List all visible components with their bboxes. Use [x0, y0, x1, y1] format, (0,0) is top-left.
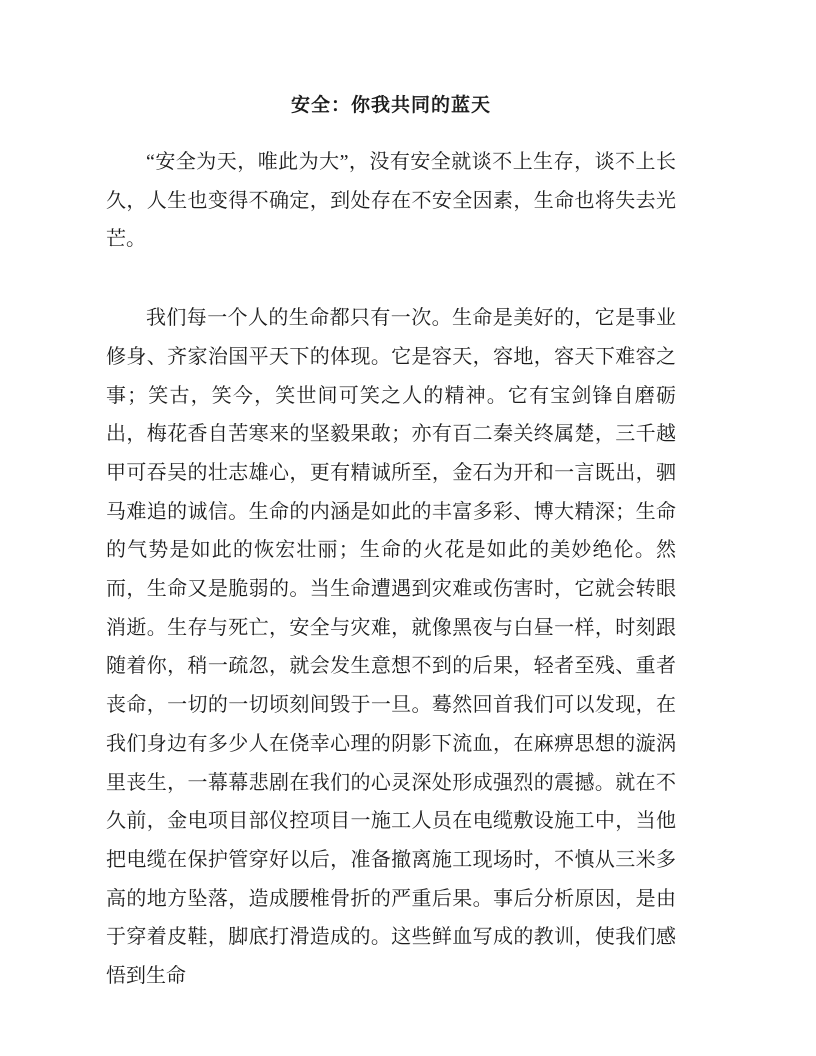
paragraph-intro: “安全为天，唯此为大”，没有安全就谈不上生存，谈不上长久，人生也变得不确定，到处… [106, 143, 676, 259]
document-page: 安全：你我共同的蓝天 “安全为天，唯此为大”，没有安全就谈不上生存，谈不上长久，… [0, 0, 816, 1056]
paragraph-body: 我们每一个人的生命都只有一次。生命是美好的，它是事业修身、齐家治国平天下的体现。… [106, 299, 676, 996]
document-title: 安全：你我共同的蓝天 [106, 90, 676, 122]
